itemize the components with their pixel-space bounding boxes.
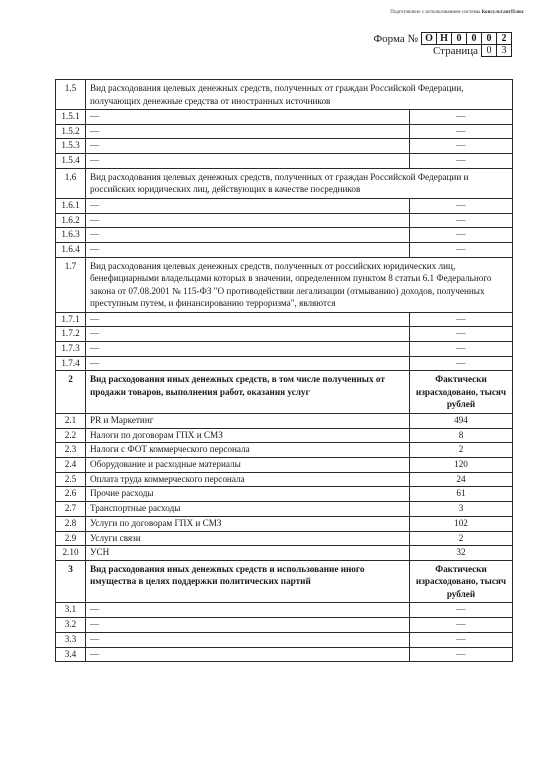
table-row: 2.10УСН32 xyxy=(56,546,513,561)
table-row: 1.5.1—— xyxy=(56,110,513,125)
row-code: 3 xyxy=(56,560,86,603)
row-code: 1.6.1 xyxy=(56,198,86,213)
table-row: 2.4Оборудование и расходные материалы120 xyxy=(56,458,513,473)
value-column-header: Фактически израсходовано, тысяч рублей xyxy=(410,371,513,414)
row-value: 8 xyxy=(410,428,513,443)
row-code: 1.7.3 xyxy=(56,342,86,357)
row-description: — xyxy=(86,213,410,228)
row-description: Налоги с ФОТ коммерческого персонала xyxy=(86,443,410,458)
row-description: — xyxy=(86,356,410,371)
row-description: — xyxy=(86,110,410,125)
row-code: 1.5.3 xyxy=(56,139,86,154)
table-row: 2.6Прочие расходы61 xyxy=(56,487,513,502)
table-row: 1.5.3—— xyxy=(56,139,513,154)
row-description: Налоги по договорам ГПХ и СМЗ xyxy=(86,428,410,443)
row-value: — xyxy=(410,198,513,213)
row-description: — xyxy=(86,124,410,139)
row-value: 24 xyxy=(410,472,513,487)
table-row: 2.7Транспортные расходы3 xyxy=(56,502,513,517)
table-row: 1.7.4—— xyxy=(56,356,513,371)
row-code: 2.7 xyxy=(56,502,86,517)
row-value: — xyxy=(410,342,513,357)
row-description: — xyxy=(86,242,410,257)
table-row: 2.9Услуги связи2 xyxy=(56,531,513,546)
category-header-row: 1.6Вид расходования целевых денежных сре… xyxy=(56,168,513,198)
row-code: 2.2 xyxy=(56,428,86,443)
form-number-label: Форма № xyxy=(373,33,418,45)
row-value: — xyxy=(410,213,513,228)
table-row: 1.6.1—— xyxy=(56,198,513,213)
row-value: 494 xyxy=(410,413,513,428)
row-value: — xyxy=(410,632,513,647)
page-number-cell: 0 xyxy=(481,44,497,57)
row-value: — xyxy=(410,356,513,371)
table-row: 1.7.3—— xyxy=(56,342,513,357)
row-code: 1.5.4 xyxy=(56,154,86,169)
row-description: Услуги по договорам ГПХ и СМЗ xyxy=(86,516,410,531)
page-number-cell: 3 xyxy=(497,44,512,57)
row-description: — xyxy=(86,327,410,342)
row-description: — xyxy=(86,632,410,647)
row-code: 2.9 xyxy=(56,531,86,546)
row-code: 2.4 xyxy=(56,458,86,473)
table-row: 2.1PR и Маркетинг494 xyxy=(56,413,513,428)
row-code: 1.5.1 xyxy=(56,110,86,125)
row-value: — xyxy=(410,647,513,662)
prepared-with-notice: Подготовлено с использованием системы Ко… xyxy=(390,10,524,15)
row-value: — xyxy=(410,618,513,633)
table-row: 1.6.3—— xyxy=(56,228,513,243)
prepared-brand: КонсультантПлюс xyxy=(482,10,524,15)
row-value: 120 xyxy=(410,458,513,473)
row-code: 3.1 xyxy=(56,603,86,618)
expenditure-table: 1.5Вид расходования целевых денежных сре… xyxy=(55,79,513,662)
row-description: — xyxy=(86,198,410,213)
row-value: 2 xyxy=(410,443,513,458)
row-code: 1.7.4 xyxy=(56,356,86,371)
row-description: — xyxy=(86,618,410,633)
table-row: 3.3—— xyxy=(56,632,513,647)
row-code: 2 xyxy=(56,371,86,414)
row-code: 1.7.2 xyxy=(56,327,86,342)
row-code: 1.5 xyxy=(56,80,86,110)
table-row: 2.2Налоги по договорам ГПХ и СМЗ8 xyxy=(56,428,513,443)
section-header-row: 3Вид расходования иных денежных средств … xyxy=(56,560,513,603)
row-value: — xyxy=(410,242,513,257)
row-description: Вид расходования целевых денежных средст… xyxy=(86,257,513,312)
row-description: Услуги связи xyxy=(86,531,410,546)
row-code: 1.5.2 xyxy=(56,124,86,139)
expenditure-table-body: 1.5Вид расходования целевых денежных сре… xyxy=(56,80,513,662)
row-code: 1.6.2 xyxy=(56,213,86,228)
value-column-header: Фактически израсходовано, тысяч рублей xyxy=(410,560,513,603)
row-description: УСН xyxy=(86,546,410,561)
table-row: 2.5Оплата труда коммерческого персонала2… xyxy=(56,472,513,487)
row-description: — xyxy=(86,342,410,357)
table-row: 1.6.2—— xyxy=(56,213,513,228)
table-row: 1.7.2—— xyxy=(56,327,513,342)
row-code: 2.1 xyxy=(56,413,86,428)
row-code: 2.6 xyxy=(56,487,86,502)
row-value: 61 xyxy=(410,487,513,502)
table-row: 3.2—— xyxy=(56,618,513,633)
prepared-prefix: Подготовлено с использованием системы xyxy=(390,10,480,15)
row-description: Транспортные расходы xyxy=(86,502,410,517)
page-number-label: Страница xyxy=(433,45,478,57)
row-description: Вид расходования иных денежных средств, … xyxy=(86,371,410,414)
row-value: — xyxy=(410,312,513,327)
row-description: Вид расходования целевых денежных средст… xyxy=(86,80,513,110)
row-value: — xyxy=(410,110,513,125)
category-header-row: 1.7Вид расходования целевых денежных сре… xyxy=(56,257,513,312)
row-code: 2.10 xyxy=(56,546,86,561)
row-description: Оплата труда коммерческого персонала xyxy=(86,472,410,487)
row-code: 2.3 xyxy=(56,443,86,458)
table-row: 1.5.2—— xyxy=(56,124,513,139)
row-description: PR и Маркетинг xyxy=(86,413,410,428)
row-value: 3 xyxy=(410,502,513,517)
section-header-row: 2Вид расходования иных денежных средств,… xyxy=(56,371,513,414)
row-value: — xyxy=(410,603,513,618)
page-number-row: Страница 0 3 xyxy=(433,44,512,57)
row-value: 102 xyxy=(410,516,513,531)
row-description: Прочие расходы xyxy=(86,487,410,502)
row-description: — xyxy=(86,312,410,327)
row-code: 1.6.3 xyxy=(56,228,86,243)
row-description: Вид расходования целевых денежных средст… xyxy=(86,168,513,198)
row-code: 3.3 xyxy=(56,632,86,647)
row-value: 32 xyxy=(410,546,513,561)
table-row: 1.7.1—— xyxy=(56,312,513,327)
row-description: — xyxy=(86,154,410,169)
row-code: 1.7 xyxy=(56,257,86,312)
row-code: 1.7.1 xyxy=(56,312,86,327)
row-code: 3.4 xyxy=(56,647,86,662)
row-value: — xyxy=(410,327,513,342)
row-code: 2.5 xyxy=(56,472,86,487)
row-value: — xyxy=(410,124,513,139)
row-value: 2 xyxy=(410,531,513,546)
row-value: — xyxy=(410,139,513,154)
table-row: 1.5.4—— xyxy=(56,154,513,169)
row-description: Оборудование и расходные материалы xyxy=(86,458,410,473)
table-row: 3.4—— xyxy=(56,647,513,662)
row-description: — xyxy=(86,603,410,618)
row-value: — xyxy=(410,228,513,243)
row-description: — xyxy=(86,228,410,243)
row-value: — xyxy=(410,154,513,169)
table-row: 2.8Услуги по договорам ГПХ и СМЗ102 xyxy=(56,516,513,531)
row-code: 2.8 xyxy=(56,516,86,531)
table-row: 3.1—— xyxy=(56,603,513,618)
row-code: 3.2 xyxy=(56,618,86,633)
row-description: — xyxy=(86,139,410,154)
row-code: 1.6.4 xyxy=(56,242,86,257)
row-code: 1.6 xyxy=(56,168,86,198)
category-header-row: 1.5Вид расходования целевых денежных сре… xyxy=(56,80,513,110)
table-row: 1.6.4—— xyxy=(56,242,513,257)
table-row: 2.3Налоги с ФОТ коммерческого персонала2 xyxy=(56,443,513,458)
row-description: — xyxy=(86,647,410,662)
row-description: Вид расходования иных денежных средств и… xyxy=(86,560,410,603)
